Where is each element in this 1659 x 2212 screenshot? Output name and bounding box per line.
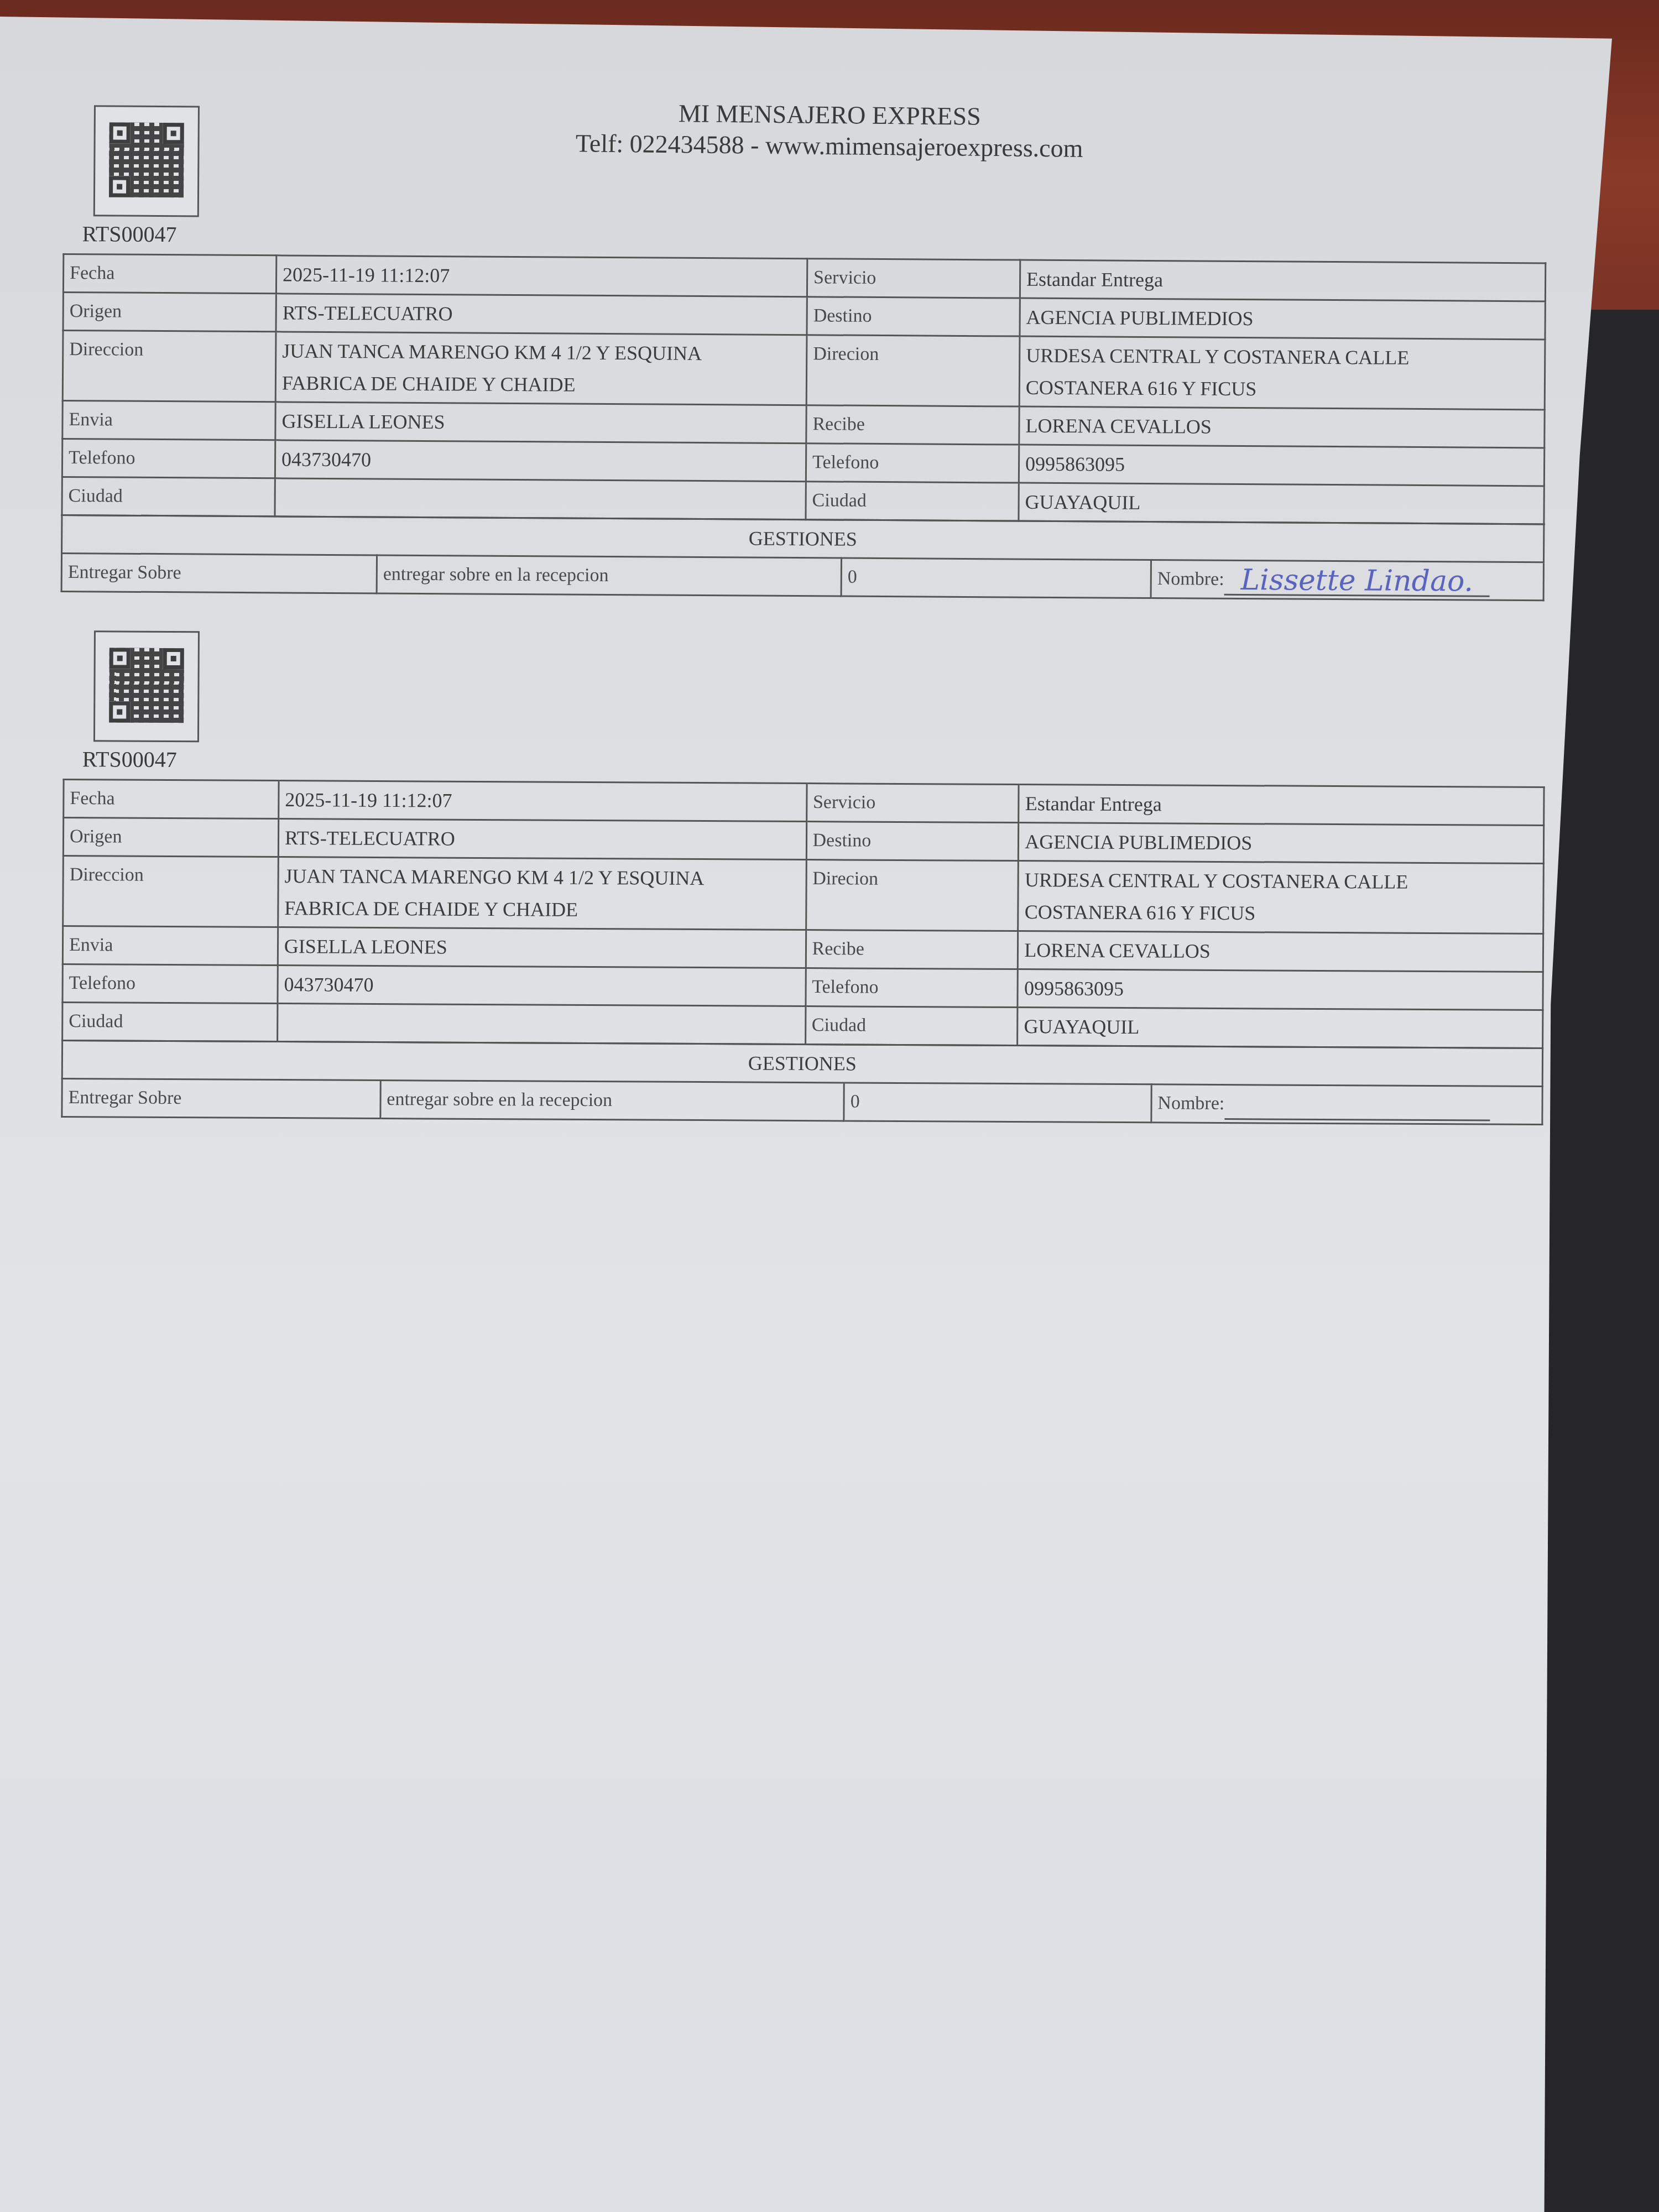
delivery-document-page: MI MENSAJERO EXPRESS Telf: 022434588 - w… [0,17,1612,2212]
gestion-descripcion: entregar sobre en la recepcion [380,1081,844,1121]
gestion-cantidad: 0 [844,1083,1151,1123]
direccion-line-1: JUAN TANCA MARENGO KM 4 1/2 Y ESQUINA [282,335,800,370]
qr-code-icon [93,630,200,742]
direccion-value: JUAN TANCA MARENGO KM 4 1/2 Y ESQUINA FA… [278,857,806,930]
recibe-label: Recibe [806,405,1019,445]
destino-label: Destino [806,822,1019,861]
shipment-details-table: Fecha 2025-11-19 11:12:07 Servicio Estan… [61,253,1546,525]
direccion-label: Direccion [63,856,279,927]
direcion-label: Direcion [806,860,1019,931]
table-row: Entregar Sobre entregar sobre en la rece… [62,1078,1542,1124]
fecha-value: 2025-11-19 11:12:07 [279,781,807,822]
tracking-number: RTS00047 [82,221,1545,255]
envia-label: Envia [62,926,278,966]
delivery-slip-1: RTS00047 Fecha 2025-11-19 11:12:07 Servi… [61,105,1546,601]
ciudad-envia-value [275,478,806,520]
direcion-line-1: URDESA CENTRAL Y COSTANERA CALLE [1026,340,1538,375]
nombre-label: Nombre: [1157,568,1224,589]
direcion-line-1: URDESA CENTRAL Y COSTANERA CALLE [1025,864,1537,899]
ciudad-recibe-label: Ciudad [806,482,1019,521]
direccion-line-1: JUAN TANCA MARENGO KM 4 1/2 Y ESQUINA [284,860,800,895]
origen-label: Origen [63,293,276,332]
telefono-recibe-label: Telefono [806,968,1018,1008]
telefono-envia-label: Telefono [62,964,278,1003]
origen-value: RTS-TELECUATRO [276,294,807,335]
table-row: Direccion JUAN TANCA MARENGO KM 4 1/2 Y … [63,856,1544,934]
envia-value: GISELLA LEONES [275,402,806,444]
recibe-label: Recibe [806,930,1018,969]
envia-label: Envia [62,400,275,440]
direccion-value: JUAN TANCA MARENGO KM 4 1/2 Y ESQUINA FA… [275,332,807,405]
destino-value: AGENCIA PUBLIMEDIOS [1019,823,1544,864]
destino-label: Destino [807,297,1020,336]
gestion-nombre: Nombre: [1151,1084,1543,1125]
ciudad-recibe-value: GUAYAQUIL [1019,483,1544,524]
servicio-label: Servicio [807,259,1020,298]
envia-value: GISELLA LEONES [278,927,806,968]
direcion-line-2: COSTANERA 616 Y FICUS [1025,896,1537,931]
destino-value: AGENCIA PUBLIMEDIOS [1020,298,1545,340]
recibe-value: LORENA CEVALLOS [1019,406,1545,448]
origen-value: RTS-TELECUATRO [278,819,806,860]
direcion-line-2: COSTANERA 616 Y FICUS [1026,372,1538,407]
telefono-recibe-value: 0995863095 [1019,445,1544,486]
origen-label: Origen [63,818,278,857]
servicio-label: Servicio [806,784,1019,823]
handwritten-signature: Lissette Lindao. [1240,564,1473,598]
fecha-label: Fecha [64,780,279,819]
telefono-envia-value: 043730470 [275,440,806,482]
gestiones-table: GESTIONES Entregar Sobre entregar sobre … [61,1040,1543,1125]
direccion-line-2: FABRICA DE CHAIDE Y CHAIDE [282,367,800,402]
shipment-details-table: Fecha 2025-11-19 11:12:07 Servicio Estan… [61,779,1545,1049]
ciudad-recibe-label: Ciudad [805,1006,1018,1046]
nombre-label: Nombre: [1157,1093,1224,1114]
gestion-cantidad: 0 [841,558,1151,598]
signature-field[interactable]: Lissette Lindao. [1224,570,1489,597]
ciudad-envia-label: Ciudad [62,1002,278,1041]
signature-field[interactable] [1224,1094,1490,1121]
ciudad-envia-value [278,1004,806,1045]
telefono-envia-label: Telefono [62,439,275,478]
recibe-value: LORENA CEVALLOS [1018,931,1543,972]
gestion-descripcion: entregar sobre en la recepcion [377,555,841,596]
table-row: Direccion JUAN TANCA MARENGO KM 4 1/2 Y … [62,331,1545,410]
gestion-tipo: Entregar Sobre [62,1078,380,1118]
gestion-nombre: Nombre:Lissette Lindao. [1151,560,1543,601]
direccion-line-2: FABRICA DE CHAIDE Y CHAIDE [284,892,800,927]
qr-code-icon [93,105,200,217]
delivery-slip-2: RTS00047 Fecha 2025-11-19 11:12:07 Servi… [61,630,1546,1125]
servicio-value: Estandar Entrega [1020,260,1545,301]
telefono-recibe-value: 0995863095 [1018,969,1543,1010]
ciudad-recibe-value: GUAYAQUIL [1018,1008,1543,1048]
direcion-value: URDESA CENTRAL Y COSTANERA CALLE COSTANE… [1018,861,1543,934]
tracking-number: RTS00047 [82,746,1545,780]
telefono-recibe-label: Telefono [806,444,1019,483]
gestiones-table: GESTIONES Entregar Sobre entregar sobre … [61,514,1545,601]
fecha-value: 2025-11-19 11:12:07 [276,255,807,297]
servicio-value: Estandar Entrega [1019,785,1544,826]
telefono-envia-value: 043730470 [278,966,806,1006]
direcion-value: URDESA CENTRAL Y COSTANERA CALLE COSTANE… [1019,336,1545,410]
direcion-label: Direcion [806,335,1020,406]
ciudad-envia-label: Ciudad [62,477,275,516]
direccion-label: Direccion [62,331,276,402]
fecha-label: Fecha [63,254,276,294]
gestion-tipo: Entregar Sobre [61,553,377,593]
